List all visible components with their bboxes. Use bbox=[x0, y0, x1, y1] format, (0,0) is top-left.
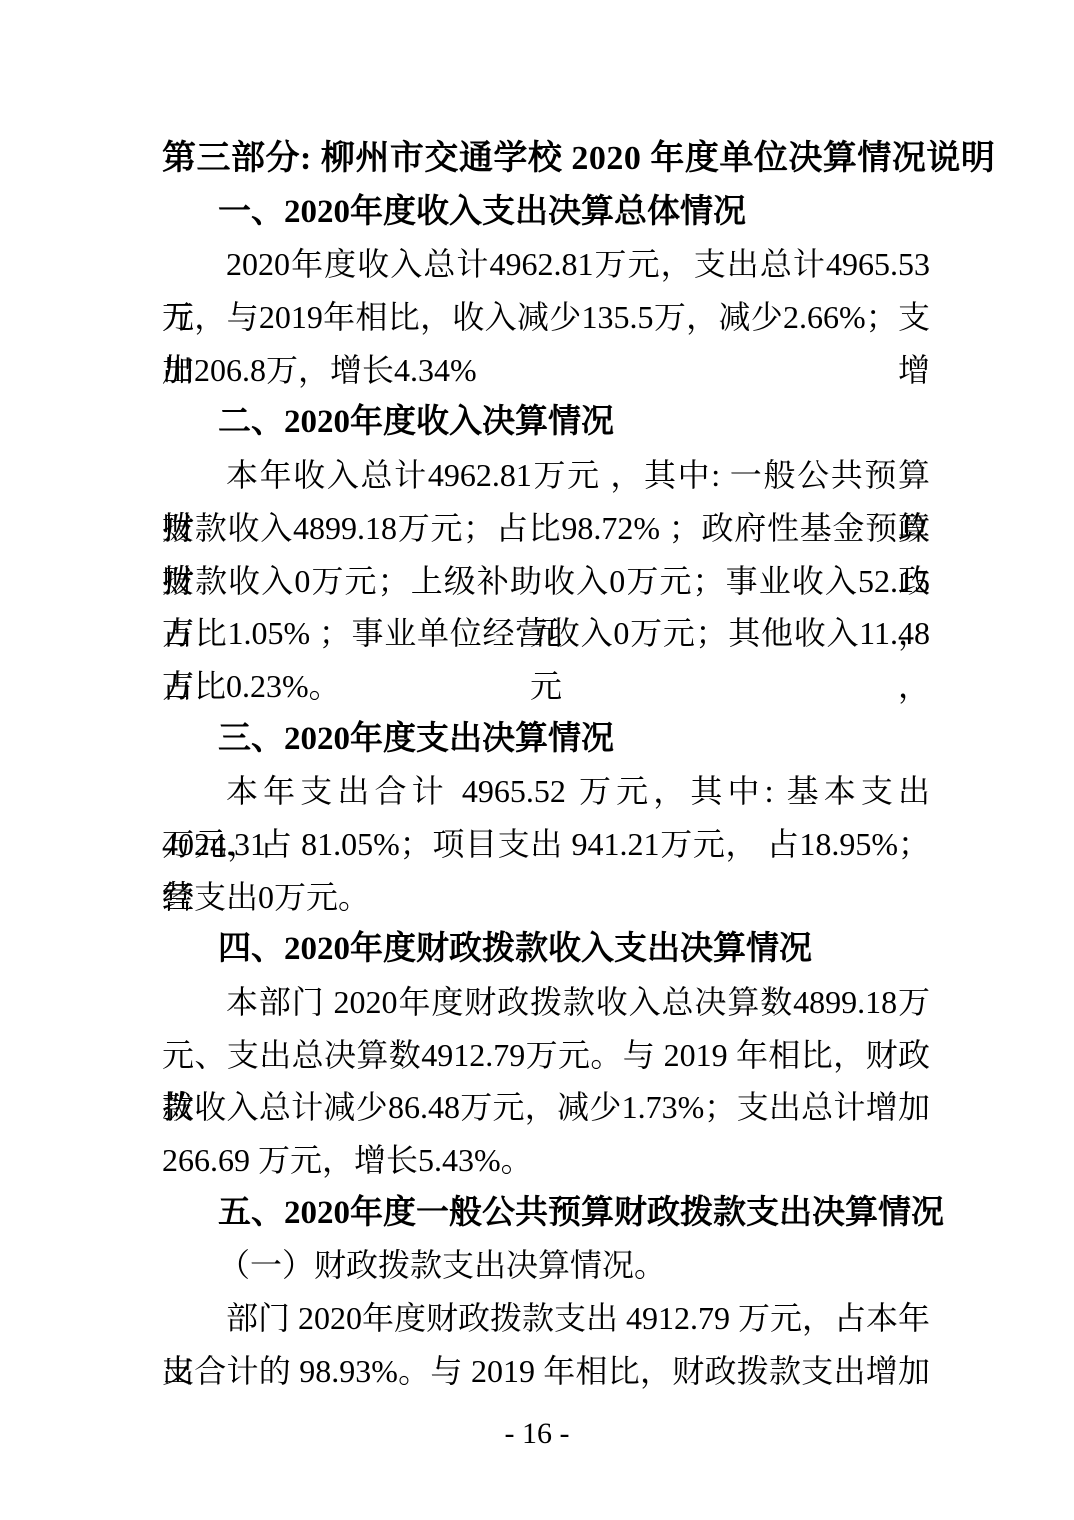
section-2-heading: 二、2020年度收入决算情况 bbox=[162, 396, 930, 449]
section-2-paragraph-line: 拨款收入0万元；上级补助收入0万元；事业收入52.15万元， bbox=[162, 555, 930, 608]
section-4-heading: 四、2020年度财政拨款收入支出决算情况 bbox=[162, 923, 930, 976]
section-2-paragraph-line: 拨款收入4899.18万元；占比98.72% ；政府性基金预算财政 bbox=[162, 502, 930, 555]
section-4-paragraph-line: 款收入总计减少86.48万元，减少1.73%；支出总计增加 bbox=[162, 1081, 930, 1134]
section-3-paragraph-line: 营支出0万元。 bbox=[162, 871, 930, 924]
section-1-paragraph-line: 2020年度收入总计4962.81万元，支出总计4965.53万 bbox=[162, 238, 930, 291]
section-5-paragraph-line: 部门 2020年度财政拨款支出 4912.79 万元，占本年支 bbox=[162, 1292, 930, 1345]
section-3-heading: 三、2020年度支出决算情况 bbox=[162, 713, 930, 766]
section-2-paragraph-line: 占比1.05% ；事业单位经营收入0万元；其他收入11.48万元， bbox=[162, 607, 930, 660]
document-page: 第三部分: 柳州市交通学校 2020 年度单位决算情况说明 一、2020年度收入… bbox=[0, 0, 1074, 1520]
section-1-heading: 一、2020年度收入支出决算总体情况 bbox=[162, 186, 930, 239]
section-5-subheading: （一）财政拨款支出决算情况。 bbox=[162, 1239, 930, 1292]
section-5-paragraph-line: 出合计的 98.93%。与 2019 年相比，财政拨款支出增加 bbox=[162, 1345, 930, 1398]
section-5-heading: 五、2020年度一般公共预算财政拨款支出决算情况 bbox=[162, 1187, 930, 1240]
section-2-paragraph-line: 本年收入总计4962.81万元 ，其中: 一般公共预算财政 bbox=[162, 449, 930, 502]
page-number: - 16 - bbox=[0, 1415, 1074, 1453]
section-1-paragraph-line: 元，与2019年相比，收入减少135.5万，减少2.66%；支出增 bbox=[162, 291, 930, 344]
section-4-paragraph-line: 266.69 万元，增长5.43%。 bbox=[162, 1134, 930, 1187]
section-4-paragraph-line: 元、支出总决算数4912.79万元。与 2019 年相比，财政拨 bbox=[162, 1029, 930, 1082]
section-3-paragraph-line: 万元，占 81.05%；项目支出 941.21万元， 占18.95%；经 bbox=[162, 818, 930, 871]
section-3-paragraph-line: 本年支出合计 4965.52 万元，其中: 基本支出4024.31 bbox=[162, 765, 930, 818]
section-4-paragraph-line: 本部门 2020年度财政拨款收入总决算数4899.18万 bbox=[162, 976, 930, 1029]
document-part-title: 第三部分: 柳州市交通学校 2020 年度单位决算情况说明 bbox=[162, 133, 930, 186]
